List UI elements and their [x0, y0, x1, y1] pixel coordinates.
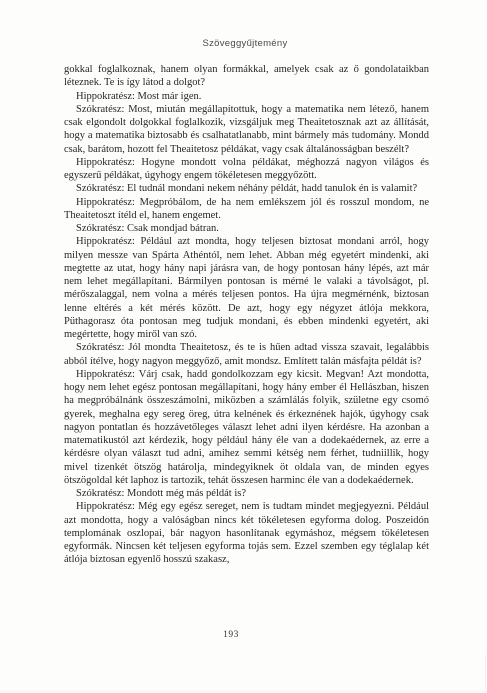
scan-edge-mark: [485, 655, 486, 689]
paragraph-dialogue: Hippokratész: Most már igen.: [64, 90, 429, 103]
paragraph-dialogue: Szókratész: El tudnál mondani nekem néhá…: [64, 182, 429, 195]
paragraph-dialogue: Hippokratész: Várj csak, hadd gondolkozz…: [64, 368, 429, 487]
book-page: Szöveggyűjtemény gokkal foglalkoznak, ha…: [0, 0, 487, 693]
paragraph-dialogue: Szókratész: Csak mondjad bátran.: [64, 222, 429, 235]
scan-bottom-edge: [0, 689, 487, 693]
page-number: 193: [0, 630, 462, 640]
paragraph-dialogue: Szókratész: Most, miután megállapítottuk…: [64, 103, 429, 156]
paragraph-dialogue: Szókratész: Mondott még más példát is?: [64, 487, 429, 500]
text-block: gokkal foglalkoznak, hanem olyan formákk…: [64, 63, 429, 567]
paragraph-dialogue: Szókratész: Jól mondta Theaitetosz, és t…: [64, 341, 429, 368]
running-header: Szöveggyűjtemény: [62, 38, 428, 49]
paragraph-dialogue: Hippokratész: Megpróbálom, de ha nem eml…: [64, 196, 429, 223]
paragraph-dialogue: Hippokratész: Hogyne mondott volna példá…: [64, 156, 429, 183]
paragraph-dialogue: Hippokratész: Még egy egész sereget, nem…: [64, 500, 429, 566]
paragraph-continuation: gokkal foglalkoznak, hanem olyan formákk…: [64, 63, 429, 90]
paragraph-dialogue: Hippokratész: Például azt mondta, hogy t…: [64, 235, 429, 341]
